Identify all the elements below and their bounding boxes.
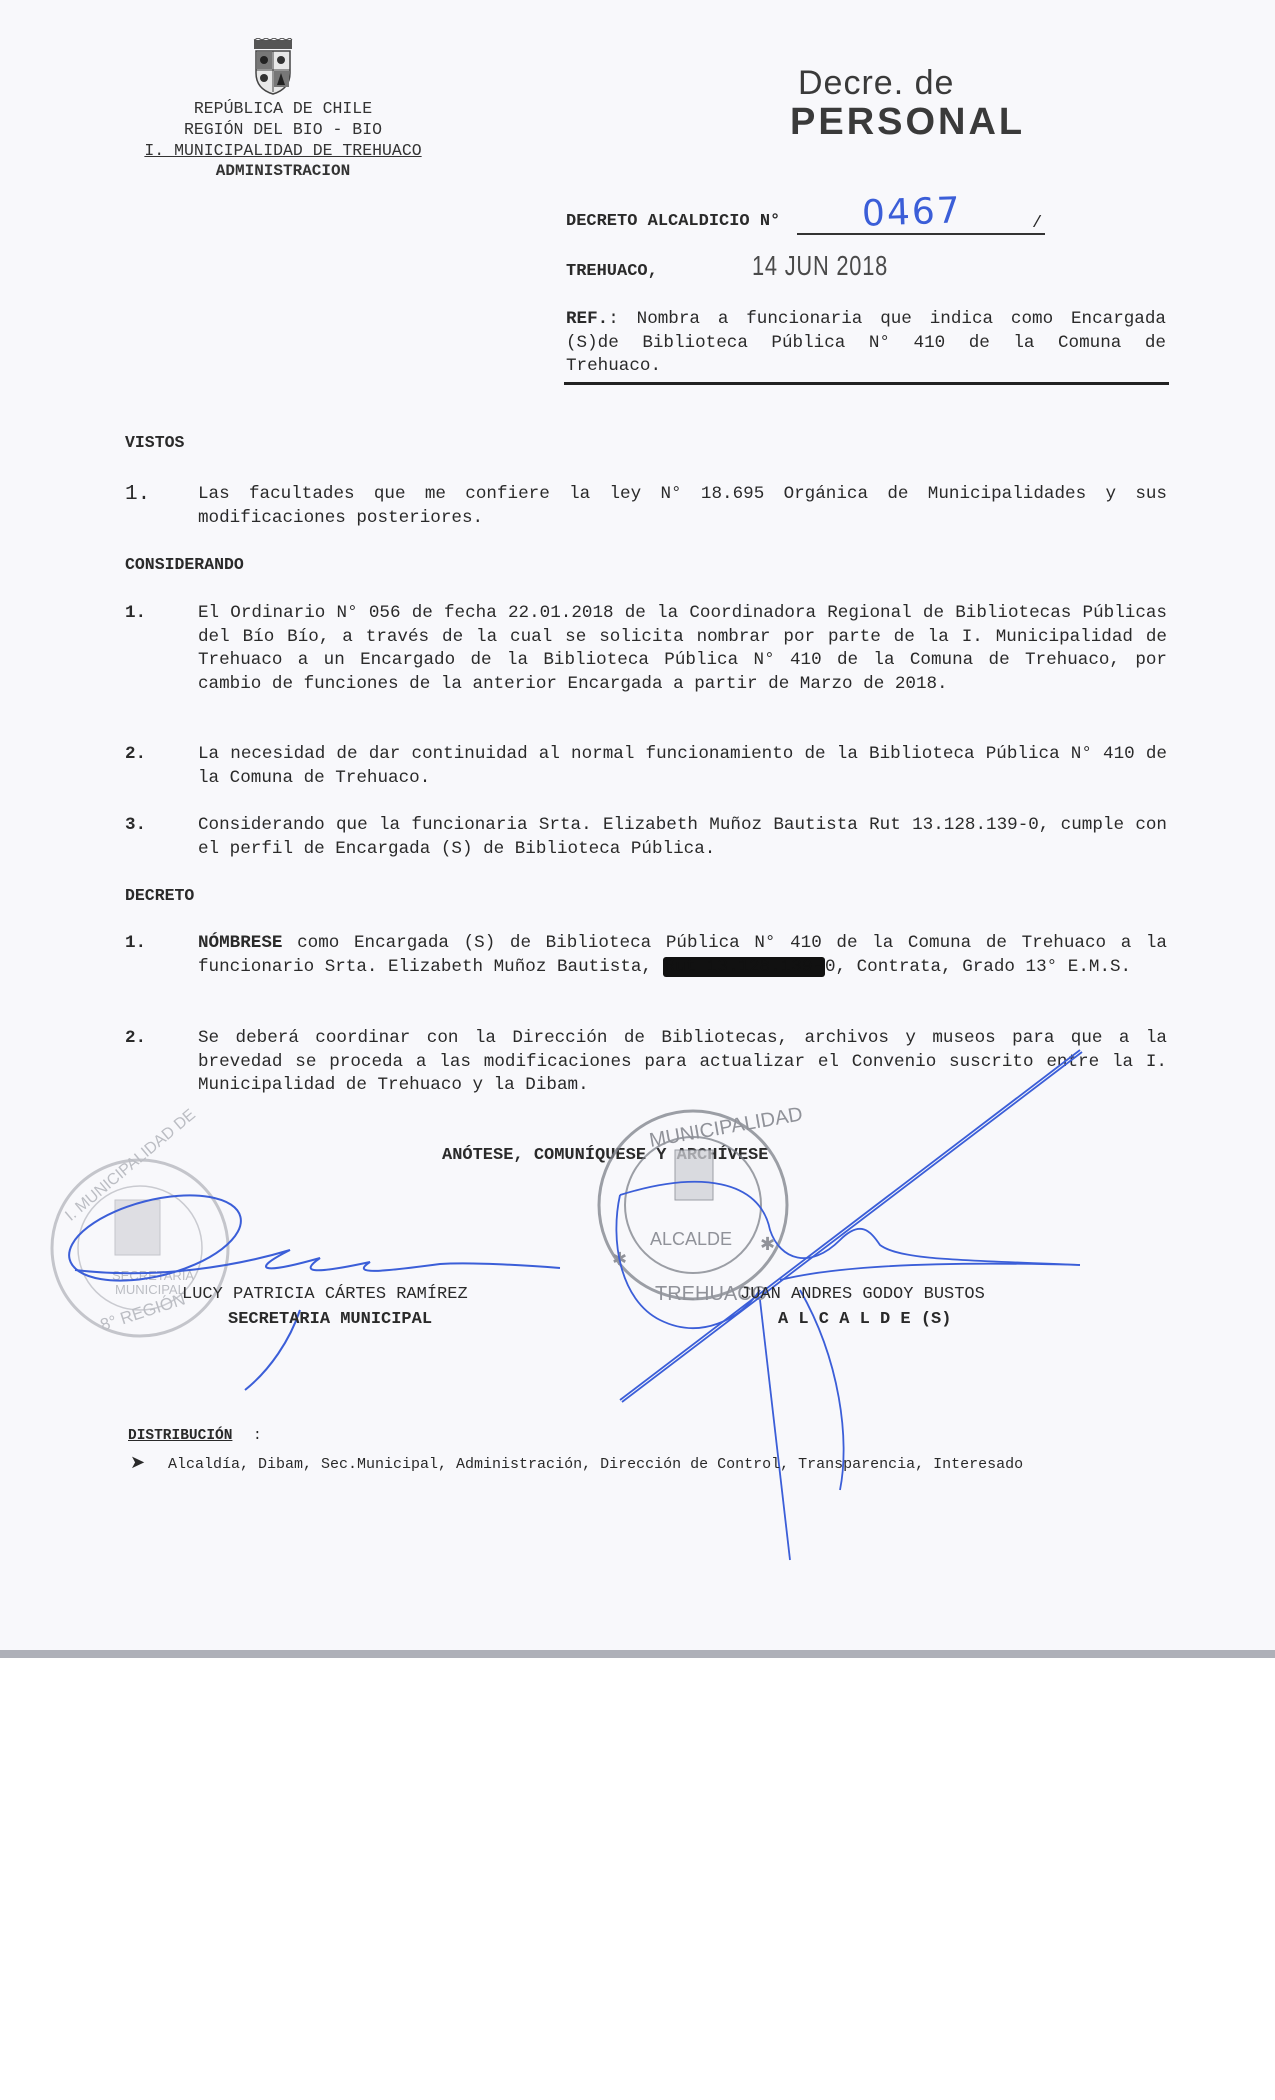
letterhead-region: REGIÓN DEL BIO - BIO <box>118 119 448 140</box>
decreto-item: 1. NÓMBRESE como Encargada (S) de Biblio… <box>125 932 1167 979</box>
item-text: Considerando que la funcionaria Srta. El… <box>198 814 1167 861</box>
city-label: TREHUACO, <box>566 262 658 281</box>
item-text: NÓMBRESE como Encargada (S) de Bibliotec… <box>198 932 1167 979</box>
letterhead-country: REPÚBLICA DE CHILE <box>118 98 448 119</box>
coat-of-arms-icon <box>248 38 298 96</box>
considerando-item: 2. La necesidad de dar continuidad al no… <box>125 743 1167 790</box>
date-stamp: 14 JUN 2018 <box>752 250 888 282</box>
item-text: Se deberá coordinar con la Dirección de … <box>198 1027 1167 1098</box>
mayor-name: JUAN ANDRES GODOY BUSTOS <box>740 1285 985 1304</box>
letterhead: REPÚBLICA DE CHILE REGIÓN DEL BIO - BIO … <box>118 98 448 182</box>
distribution-recipients: Alcaldía, Dibam, Sec.Municipal, Administ… <box>168 1456 1023 1473</box>
decree-number-line <box>797 233 1045 235</box>
decree-number-label: DECRETO ALCALDICIO N° <box>566 212 780 231</box>
item-text: La necesidad de dar continuidad al norma… <box>198 743 1167 790</box>
item-number: 2. <box>125 743 175 767</box>
stamp-line1: Decre. de <box>798 64 1050 102</box>
considerando-heading: CONSIDERANDO <box>125 555 244 574</box>
decreto-heading: DECRETO <box>125 886 194 905</box>
personnel-decree-stamp: Decre. de PERSONAL <box>790 64 1050 142</box>
considerando-item: 1. El Ordinario N° 056 de fecha 22.01.20… <box>125 602 1167 696</box>
item-number: 3. <box>125 814 175 838</box>
decreto-item: 2. Se deberá coordinar con la Dirección … <box>125 1027 1167 1098</box>
considerando-item: 3. Considerando que la funcionaria Srta.… <box>125 814 1167 861</box>
page-edge <box>0 1650 1275 1658</box>
vistos-item: 1. Las facultades que me confiere la ley… <box>125 483 1167 530</box>
vistos-heading: VISTOS <box>125 433 184 452</box>
reference: REF.: Nombra a funcionaria que indica co… <box>566 308 1166 379</box>
appointment-keyword: NÓMBRESE <box>198 933 282 953</box>
letterhead-municipality: I. MUNICIPALIDAD DE TREHUACO <box>118 140 448 161</box>
mayor-role: A L C A L D E (S) <box>778 1310 951 1329</box>
distribution-heading: DISTRIBUCIÓN <box>128 1428 232 1444</box>
arrow-bullet-icon: ➤ <box>130 1452 168 1473</box>
decree-number-suffix: / <box>1032 214 1042 233</box>
letterhead-department: ADMINISTRACION <box>118 161 448 182</box>
stamp-line2: PERSONAL <box>790 102 1050 142</box>
distribution-colon: : <box>253 1428 262 1444</box>
item-text: Las facultades que me confiere la ley N°… <box>198 483 1167 530</box>
item-number: 2. <box>125 1027 175 1051</box>
ref-text: : Nombra a funcionaria que indica como E… <box>566 309 1166 376</box>
item-number: 1. <box>125 602 175 626</box>
decree-number-handwritten: 0467 <box>861 190 962 234</box>
item-number: 1. <box>125 483 175 507</box>
secretary-name: LUCY PATRICIA CÁRTES RAMÍREZ <box>182 1285 468 1304</box>
item-text: El Ordinario N° 056 de fecha 22.01.2018 … <box>198 602 1167 696</box>
redacted-rut: Rut 13.128.139- <box>663 957 825 977</box>
reference-rule <box>564 382 1169 385</box>
secretary-role: SECRETARIA MUNICIPAL <box>228 1310 432 1329</box>
closing-formula: ANÓTESE, COMUNÍQUESE Y ARCHÍVESE <box>442 1146 768 1165</box>
distribution-list: ➤Alcaldía, Dibam, Sec.Municipal, Adminis… <box>130 1452 1023 1473</box>
item-number: 1. <box>125 932 175 956</box>
ref-label: REF. <box>566 309 608 329</box>
